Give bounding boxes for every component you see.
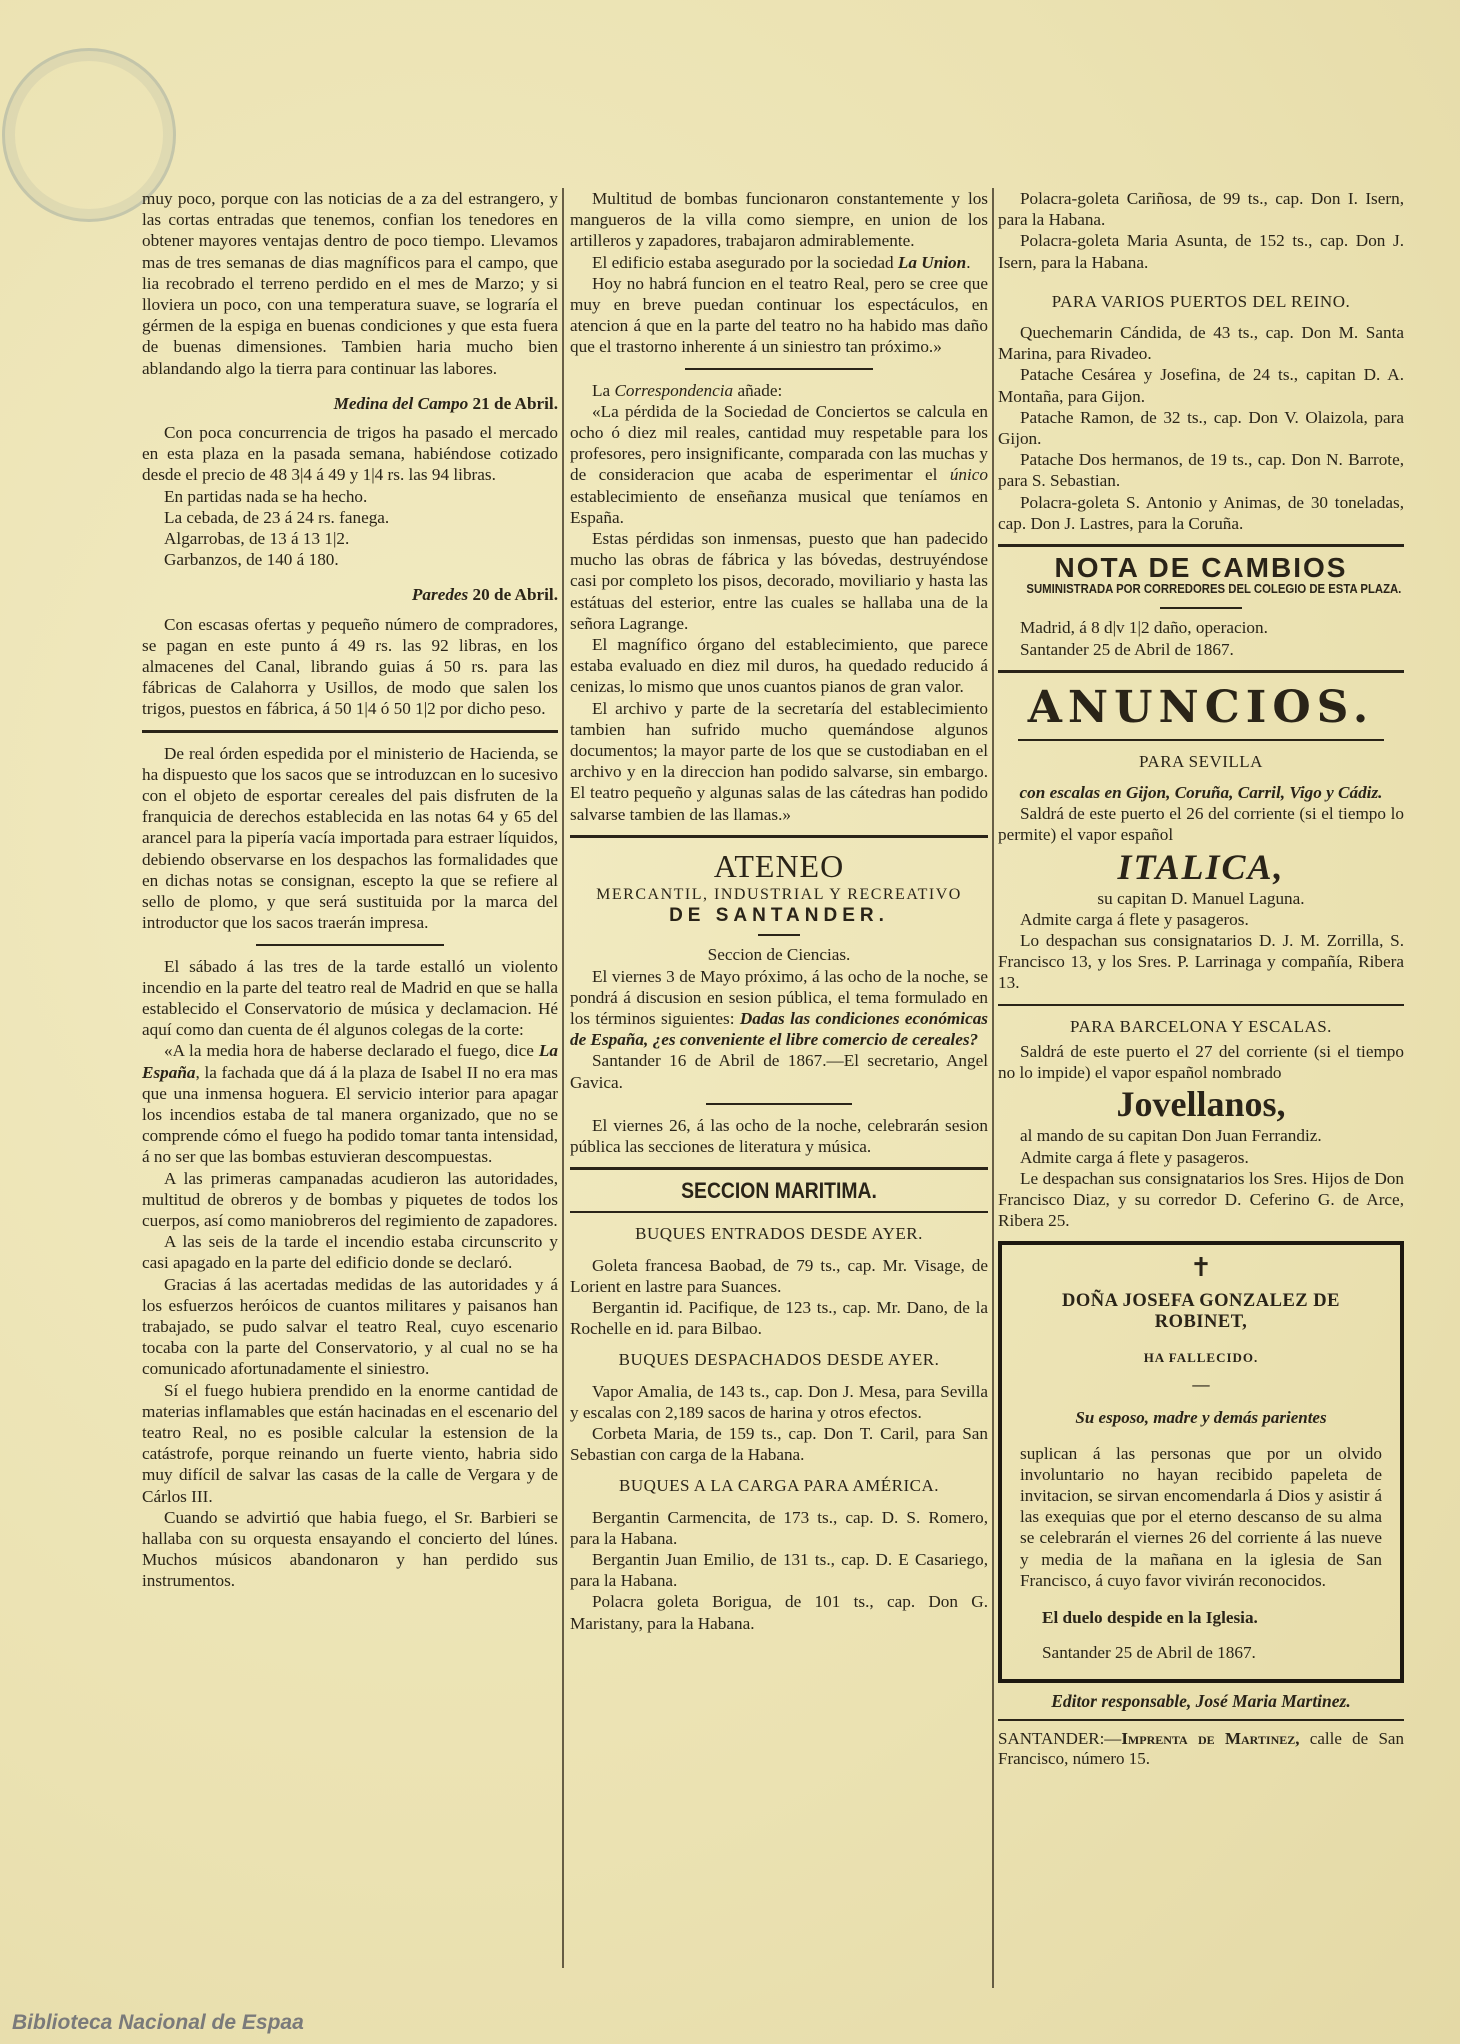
section-rule <box>256 944 443 946</box>
imprenta-line: SANTANDER:—Imprenta de Martinez, calle d… <box>998 1729 1404 1769</box>
ship-entry: Patache Ramon, de 32 ts., cap. Don V. Ol… <box>998 407 1404 449</box>
section-rule <box>998 1719 1404 1721</box>
ship-entry: Corbeta Maria, de 159 ts., cap. Don T. C… <box>570 1423 988 1465</box>
ship-entry: Patache Cesárea y Josefina, de 24 ts., c… <box>998 364 1404 406</box>
entrados-heading: BUQUES ENTRADOS DESDE AYER. <box>570 1223 988 1244</box>
ship-name-jovellanos: Jovellanos, <box>998 1083 1404 1125</box>
obituary-dash: — <box>1020 1374 1382 1395</box>
ship-entry: Polacra-goleta S. Antonio y Animas, de 3… <box>998 492 1404 534</box>
campanadas-paragraph: A las primeras campanadas acudieron las … <box>142 1168 558 1232</box>
sevilla-paragraph: Saldrá de este puerto el 26 del corrient… <box>998 803 1404 845</box>
section-rule <box>1018 739 1384 741</box>
cuando-paragraph: Cuando se advirtió que habia fuego, el S… <box>142 1507 558 1592</box>
ateneo-paragraph-2: El viernes 26, á las ocho de la noche, c… <box>570 1115 988 1157</box>
cambios-line: Madrid, á 8 d|v 1|2 daño, operacion. <box>998 617 1404 638</box>
seis-paragraph: A las seis de la tarde el incendio estab… <box>142 1231 558 1273</box>
ship-entry: Polacra-goleta Maria Asunta, de 152 ts.,… <box>998 230 1404 272</box>
obituary-box: ✝ DOÑA JOSEFA GONZALEZ DE ROBINET, HA FA… <box>998 1241 1404 1683</box>
ship-entry: Patache Dos hermanos, de 19 ts., cap. Do… <box>998 449 1404 491</box>
medina-paragraph: Con poca concurrencia de trigos ha pasad… <box>142 422 558 486</box>
medina-line: Algarrobas, de 13 á 13 1|2. <box>142 528 558 549</box>
ship-entry: Bergantin Juan Emilio, de 131 ts., cap. … <box>570 1549 988 1591</box>
column-2: Multitud de bombas funcionaron constante… <box>570 188 988 1634</box>
maritima-title: SECCION MARITIMA. <box>595 1180 963 1201</box>
estas-paragraph: Estas pérdidas son inmensas, puesto que … <box>570 528 988 634</box>
obituary-died: HA FALLECIDO. <box>1020 1347 1382 1368</box>
section-rule <box>998 670 1404 673</box>
cambios-title: NOTA DE CAMBIOS <box>998 557 1404 578</box>
paredes-paragraph: Con escasas ofertas y pequeño número de … <box>142 614 558 720</box>
section-rule <box>570 1167 988 1170</box>
medina-line: En partidas nada se ha hecho. <box>142 486 558 507</box>
ship-entry: Polacra-goleta Cariñosa, de 99 ts., cap.… <box>998 188 1404 230</box>
dateline-medina: Medina del Campo 21 de Abril. <box>142 393 558 414</box>
obituary-date: Santander 25 de Abril de 1867. <box>1020 1642 1382 1663</box>
ateneo-paragraph: El viernes 3 de Mayo próximo, á las ocho… <box>570 966 988 1051</box>
ship-entry: Bergantin Carmencita, de 173 ts., cap. D… <box>570 1507 988 1549</box>
hoy-paragraph: Hoy no habrá funcion en el teatro Real, … <box>570 273 988 358</box>
column-1: muy poco, porque con las noticias de a z… <box>142 188 558 1592</box>
ship-entry: Goleta francesa Baobad, de 79 ts., cap. … <box>570 1255 988 1297</box>
ship-admite: Admite carga á flete y pasageros. <box>998 1147 1404 1168</box>
correspondencia-paragraph: La Correspondencia añade: <box>570 380 988 401</box>
ateneo-subtitle-2: DE SANTANDER. <box>570 905 988 926</box>
section-rule <box>570 835 988 838</box>
archivo-paragraph: El archivo y parte de la secretaría del … <box>570 698 988 825</box>
ship-captain: su capitan D. Manuel Laguna. <box>998 888 1404 909</box>
cambios-subtitle: SUMINISTRADA POR CORREDORES DEL COLEGIO … <box>1026 578 1375 599</box>
section-rule <box>685 368 873 370</box>
perdida-paragraph: «La pérdida de la Sociedad de Conciertos… <box>570 401 988 528</box>
dateline-paredes: Paredes 20 de Abril. <box>142 584 558 605</box>
ship-entry: Polacra goleta Borigua, de 101 ts., cap.… <box>570 1591 988 1633</box>
section-rule <box>1160 607 1241 609</box>
article-intro: muy poco, porque con las noticias de a z… <box>142 188 558 379</box>
la-espana-paragraph: «A la media hora de haberse declarado el… <box>142 1040 558 1167</box>
barcelona-heading: PARA BARCELONA Y ESCALAS. <box>998 1016 1404 1037</box>
edificio-paragraph: El edificio estaba asegurado por la soci… <box>570 252 988 273</box>
ship-entry: Quechemarin Cándida, de 43 ts., cap. Don… <box>998 322 1404 364</box>
sevilla-subheading: con escalas en Gijon, Coruña, Carril, Vi… <box>998 782 1404 803</box>
barcelona-paragraph: Saldrá de este puerto el 27 del corrient… <box>998 1041 1404 1083</box>
ship-entry: Bergantin id. Pacifique, de 123 ts., cap… <box>570 1297 988 1339</box>
section-rule <box>998 544 1404 547</box>
library-watermark: Biblioteca Nacional de Espaa <box>12 2011 304 2035</box>
ship-entry: Vapor Amalia, de 143 ts., cap. Don J. Me… <box>570 1381 988 1423</box>
ateneo-signature: Santander 16 de Abril de 1867.—El secret… <box>570 1050 988 1092</box>
column-divider <box>562 188 564 1968</box>
si-paragraph: Sí el fuego hubiera prendido en la enorm… <box>142 1380 558 1507</box>
section-rule <box>142 730 558 733</box>
column-divider <box>992 188 994 1988</box>
section-rule <box>570 1211 988 1213</box>
medina-line: La cebada, de 23 á 24 rs. fanega. <box>142 507 558 528</box>
ateneo-subtitle: MERCANTIL, INDUSTRIAL Y RECREATIVO <box>570 884 988 905</box>
ship-admite: Admite carga á flete y pasageros. <box>998 909 1404 930</box>
incendio-paragraph: El sábado á las tres de la tarde estalló… <box>142 956 558 1041</box>
obituary-kin: Su esposo, madre y demás parientes <box>1020 1407 1382 1428</box>
column-3: Polacra-goleta Cariñosa, de 99 ts., cap.… <box>998 188 1404 1769</box>
gracias-paragraph: Gracias á las acertadas medidas de las a… <box>142 1274 558 1380</box>
sevilla-heading: PARA SEVILLA <box>998 751 1404 772</box>
editor-line: Editor responsable, José Maria Martinez. <box>998 1691 1404 1712</box>
anuncios-title: ANUNCIOS. <box>998 683 1404 733</box>
ship-name-italica: ITALICA, <box>998 846 1404 888</box>
organo-paragraph: El magnífico órgano del establecimiento,… <box>570 634 988 698</box>
ship-despachan: Le despachan sus consignatarios los Sres… <box>998 1168 1404 1232</box>
cambios-date: Santander 25 de Abril de 1867. <box>998 639 1404 660</box>
medina-line: Garbanzos, de 140 á 180. <box>142 549 558 570</box>
ship-captain: al mando de su capitan Don Juan Ferrandi… <box>998 1125 1404 1146</box>
ship-despachan: Lo despachan sus consignatarios D. J. M.… <box>998 930 1404 994</box>
obituary-name: DOÑA JOSEFA GONZALEZ DE ROBINET, <box>1020 1291 1382 1333</box>
ateneo-title: ATENEO <box>570 848 988 884</box>
real-orden-paragraph: De real órden espedida por el ministerio… <box>142 743 558 934</box>
section-rule <box>706 1103 852 1105</box>
multitud-paragraph: Multitud de bombas funcionaron constante… <box>570 188 988 252</box>
carga-heading: BUQUES A LA CARGA PARA AMÉRICA. <box>570 1475 988 1496</box>
section-rule <box>998 1004 1404 1006</box>
section-rule <box>758 934 800 936</box>
cross-icon: ✝ <box>1020 1257 1382 1278</box>
obituary-body: suplican á las personas que por un olvid… <box>1020 1443 1382 1591</box>
obituary-duelo: El duelo despide en la Iglesia. <box>1020 1607 1382 1628</box>
reino-heading: PARA VARIOS PUERTOS DEL REINO. <box>998 291 1404 312</box>
ateneo-section: Seccion de Ciencias. <box>570 944 988 965</box>
despachados-heading: BUQUES DESPACHADOS DESDE AYER. <box>570 1349 988 1370</box>
